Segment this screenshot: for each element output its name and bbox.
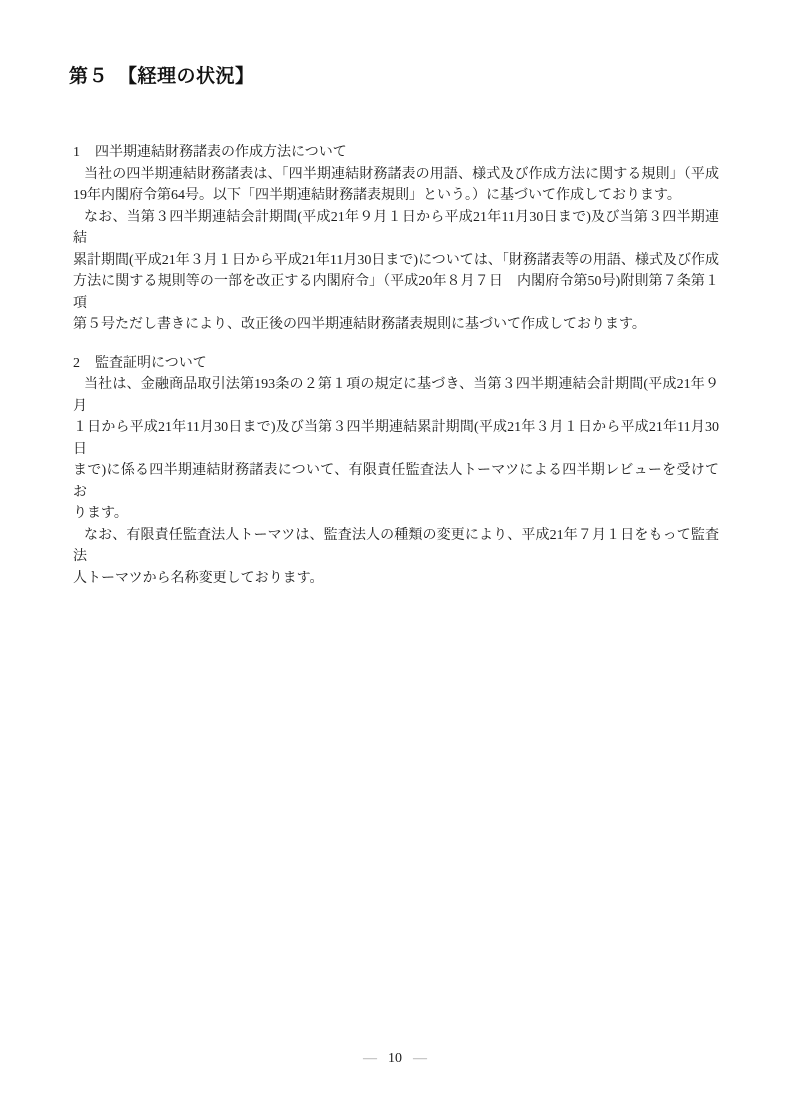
- document-page: 第５ 【経理の状況】 1四半期連結財務諸表の作成方法について 当社の四半期連結財…: [0, 0, 790, 1118]
- section-heading-text: 監査証明について: [95, 356, 207, 371]
- section-number: 2: [73, 353, 95, 375]
- paragraph-line: なお、有限責任監査法人トーマツは、監査法人の種類の変更により、平成21年７月１日…: [73, 525, 719, 568]
- paragraph-line: まで)に係る四半期連結財務諸表について、有限責任監査法人トーマツによる四半期レビ…: [73, 460, 719, 503]
- paragraph-line: ります。: [73, 503, 719, 525]
- paragraph-line: 第５号ただし書きにより、改正後の四半期連結財務諸表規則に基づいて作成しております…: [73, 314, 719, 336]
- paragraph-line: なお、当第３四半期連結会計期間(平成21年９月１日から平成21年11月30日まで…: [73, 207, 719, 250]
- section-heading-text: 四半期連結財務諸表の作成方法について: [95, 145, 347, 160]
- page-footer: ―10―: [0, 1049, 790, 1069]
- page-title: 第５ 【経理の状況】: [69, 64, 255, 89]
- section-heading: 2監査証明について: [73, 353, 719, 375]
- paragraph-line: 当社は、金融商品取引法第193条の２第１項の規定に基づき、当第３四半期連結会計期…: [73, 374, 719, 417]
- footer-page-number: 10: [388, 1051, 402, 1066]
- document-body: 1四半期連結財務諸表の作成方法について 当社の四半期連結財務諸表は、「四半期連結…: [73, 142, 719, 589]
- paragraph-line: 方法に関する規則等の一部を改正する内閣府令」（平成20年８月７日 内閣府令第50…: [73, 271, 719, 314]
- section-heading: 1四半期連結財務諸表の作成方法について: [73, 142, 719, 164]
- footer-dash-left: ―: [363, 1051, 377, 1066]
- section-number: 1: [73, 142, 95, 164]
- paragraph-line: 19年内閣府令第64号。以下「四半期連結財務諸表規則」という。）に基づいて作成し…: [73, 185, 719, 207]
- paragraph-line: 人トーマツから名称変更しております。: [73, 568, 719, 590]
- footer-dash-right: ―: [413, 1051, 427, 1066]
- paragraph-line: １日から平成21年11月30日まで)及び当第３四半期連結累計期間(平成21年３月…: [73, 417, 719, 460]
- section-audit-certification: 2監査証明について 当社は、金融商品取引法第193条の２第１項の規定に基づき、当…: [73, 353, 719, 590]
- paragraph-line: 当社の四半期連結財務諸表は、「四半期連結財務諸表の用語、様式及び作成方法に関する…: [73, 164, 719, 186]
- section-financial-statements-preparation: 1四半期連結財務諸表の作成方法について 当社の四半期連結財務諸表は、「四半期連結…: [73, 142, 719, 336]
- paragraph-line: 累計期間(平成21年３月１日から平成21年11月30日まで)については、「財務諸…: [73, 250, 719, 272]
